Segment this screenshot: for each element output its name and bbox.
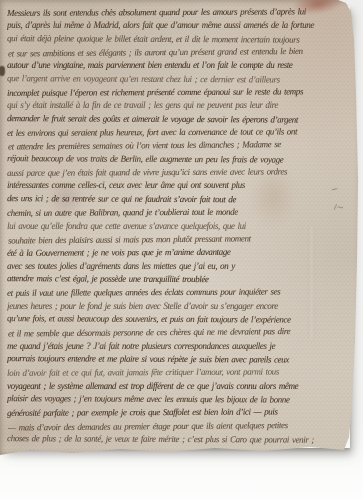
- manuscript-line: qui s’y était installé à la fin de ce tr…: [7, 99, 354, 112]
- manuscript-line: voyageant ; le système allemand est trop…: [7, 380, 354, 393]
- margin-pen-mark: ≀∼: [332, 201, 344, 213]
- manuscript-line: avec ses toutes jolies d’agréments dans …: [7, 260, 354, 273]
- manuscript-line: loin d’avoir fait et ce qui fut, avait j…: [7, 365, 354, 380]
- manuscript-line: incomplet puisque l’éperon est richement…: [7, 85, 354, 100]
- handwritten-text-block: Messieurs ils sont entendus chès absolum…: [7, 6, 354, 454]
- manuscript-line: chemin, si un autre que Balibran, quand …: [7, 205, 354, 220]
- manuscript-line: été à la Gouvernement ; je ne vois pas q…: [7, 245, 354, 260]
- manuscript-line: aussi parce que j’en étais fait quand de…: [7, 165, 354, 180]
- manuscript-line: lui avoue qu’elle fondra que cette avenu…: [7, 220, 354, 233]
- manuscript-line: Messieurs ils sont entendus chès absolum…: [7, 6, 354, 20]
- manuscript-line: choses de plus ; de la santé, je veux te…: [7, 432, 354, 447]
- manuscript-line: me quand j’étais jeune ? J’ai fait notre…: [7, 340, 354, 353]
- scan-background: { "page": { "kind": "handwritten letter …: [0, 0, 363, 500]
- manuscript-line: puis, d’après lui même à Madrid, alors f…: [7, 19, 354, 32]
- manuscript-line: intéressantes comme celles-ci, ceux avec…: [7, 179, 354, 192]
- manuscript-line: et puis il vaut une fillette quelques an…: [7, 285, 354, 300]
- manuscript-line: jeunes heures ; pour le fond je suis bie…: [7, 300, 354, 313]
- letter-page: Messieurs ils sont entendus chès absolum…: [0, 0, 363, 458]
- manuscript-line: autour d’une vingtaine, mais parviennent…: [7, 59, 354, 72]
- ink-speck-left-edge: [0, 66, 5, 76]
